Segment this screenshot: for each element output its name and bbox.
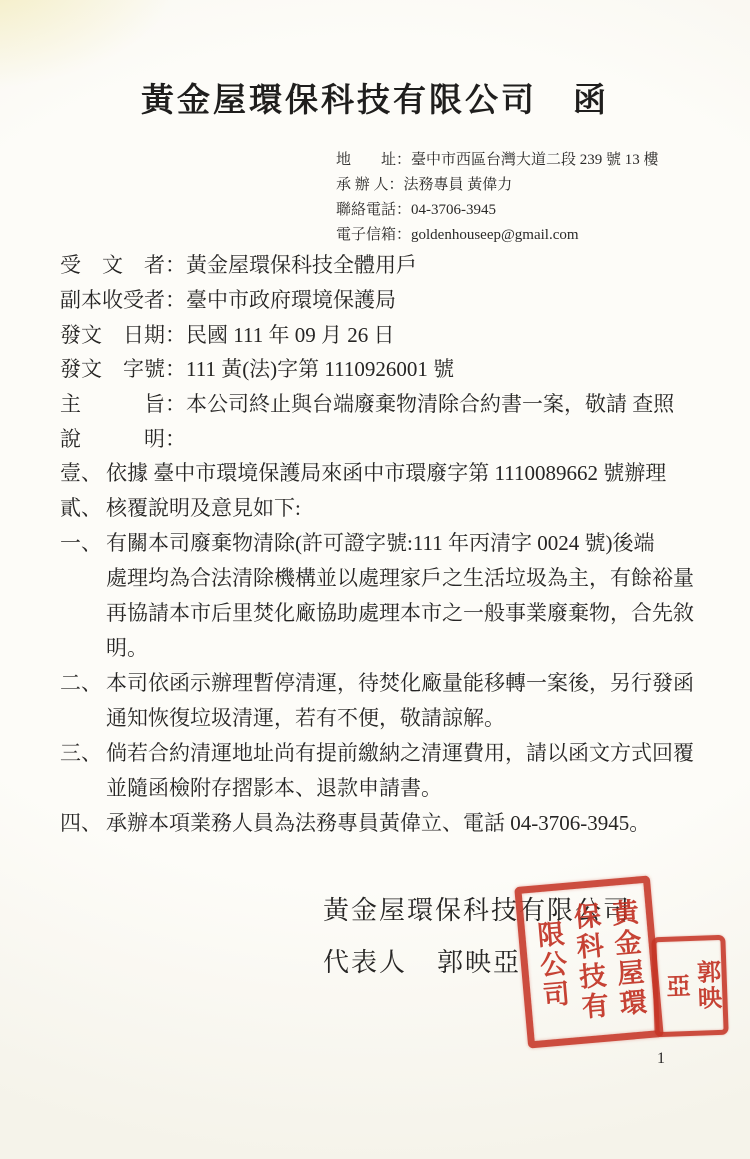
item-er-number: 貳、: [60, 491, 106, 526]
item-yi-number: 壹、: [60, 456, 106, 491]
address-value: 臺中市西區台灣大道二段 239 號 13 樓: [411, 152, 659, 168]
item-er-lines: 核覆說明及意見如下:: [106, 491, 694, 526]
cc-recipient-label: 副本收受者：: [60, 288, 186, 312]
item-4-lines: 承辦本項業務人員為法務專員黃偉立、電話 04-3706-3945。: [106, 806, 694, 841]
subject-row: 主 旨：本公司終止與台端廢棄物清除合約書一案，敬請 查照: [60, 387, 674, 422]
item-3: 三、 倘若合約清運地址尚有提前繳納之清運費用，請以函文方式回覆 並隨函檢附存摺影…: [60, 736, 694, 806]
cc-recipient-value: 臺中市政府環境保護局: [186, 288, 396, 312]
body-items: 壹、 依據 臺中市環境保護局來函中市環廢字第 1110089662 號辦理 貳、…: [60, 456, 694, 841]
reference-number-row: 發文 字號：111 黃(法)字第 1110926001 號: [60, 352, 674, 387]
item-2-lines: 本司依函示辦理暫停清運，待焚化廠量能移轉一案後，另行發函 通知恢復垃圾清運，若有…: [106, 666, 694, 736]
item-4-number: 四、: [60, 806, 106, 841]
company-seal-text: 黃金屋環保科技有限公司: [527, 894, 652, 1029]
company-seal-stamp: 黃金屋環保科技有限公司: [514, 875, 664, 1048]
explanation-row: 說 明：: [60, 422, 674, 457]
reference-number-value: 111 黃(法)字第 1110926001 號: [186, 357, 454, 381]
page-number: 1: [657, 1050, 665, 1068]
letterhead-address-row: 地 址：臺中市西區台灣大道二段 239 號 13 樓: [336, 148, 659, 173]
email-value: goldenhouseep@gmail.com: [411, 227, 579, 243]
recipient-row: 受 文 者：黃金屋環保科技全體用戶: [60, 248, 674, 283]
subject-value: 本公司終止與台端廢棄物清除合約書一案，敬請 查照: [186, 392, 674, 416]
item-line: 通知恢復垃圾清運，若有不便，敬請諒解。: [106, 701, 694, 736]
contact-person-label: 承 辦 人：: [336, 173, 404, 198]
phone-label: 聯絡電話：: [336, 198, 411, 223]
item-yi: 壹、 依據 臺中市環境保護局來函中市環廢字第 1110089662 號辦理: [60, 456, 694, 491]
letterhead-contact-block: 地 址：臺中市西區台灣大道二段 239 號 13 樓 承 辦 人：法務專員 黃偉…: [336, 148, 659, 248]
item-line: 倘若合約清運地址尚有提前繳納之清運費用，請以函文方式回覆: [106, 736, 694, 771]
document-header-fields: 受 文 者：黃金屋環保科技全體用戶 副本收受者：臺中市政府環境保護局 發文 日期…: [60, 248, 674, 457]
item-er: 貳、 核覆說明及意見如下:: [60, 491, 694, 526]
item-line: 本司依函示辦理暫停清運，待焚化廠量能移轉一案後，另行發函: [106, 666, 694, 701]
address-label: 地 址：: [336, 148, 411, 173]
item-2: 二、 本司依函示辦理暫停清運，待焚化廠量能移轉一案後，另行發函 通知恢復垃圾清運…: [60, 666, 694, 736]
explanation-label: 說 明：: [60, 427, 186, 451]
item-line: 有關本司廢棄物清除(許可證字號:111 年丙清字 0024 號)後端: [106, 526, 694, 561]
issue-date-row: 發文 日期：民國 111 年 09 月 26 日: [60, 318, 674, 353]
recipient-label: 受 文 者：: [60, 253, 186, 277]
item-line: 依據 臺中市環境保護局來函中市環廢字第 1110089662 號辦理: [106, 456, 694, 491]
representative-label: 代表人: [323, 948, 407, 977]
representative-name: 郭映亞: [437, 948, 521, 977]
item-4: 四、 承辦本項業務人員為法務專員黃偉立、電話 04-3706-3945。: [60, 806, 694, 841]
item-1-number: 一、: [60, 526, 106, 561]
personal-seal-text: 郭映亞: [658, 956, 722, 1016]
representative-personal-seal-stamp: 郭映亞: [651, 935, 728, 1038]
item-1: 一、 有關本司廢棄物清除(許可證字號:111 年丙清字 0024 號)後端 處理…: [60, 526, 694, 666]
item-yi-lines: 依據 臺中市環境保護局來函中市環廢字第 1110089662 號辦理: [106, 456, 694, 491]
subject-label: 主 旨：: [60, 392, 186, 416]
item-2-number: 二、: [60, 666, 106, 701]
recipient-value: 黃金屋環保科技全體用戶: [186, 253, 417, 277]
letterhead-phone-row: 聯絡電話：04-3706-3945: [336, 198, 659, 223]
issue-date-value: 民國 111 年 09 月 26 日: [186, 323, 394, 347]
letterhead-contact-person-row: 承 辦 人：法務專員 黃偉力: [336, 173, 659, 198]
email-label: 電子信箱：: [336, 223, 411, 248]
item-line: 再協請本市后里焚化廠協助處理本市之一般事業廢棄物，合先敘: [106, 596, 694, 631]
item-line: 處理均為合法清除機構並以處理家戶之生活垃圾為主，有餘裕量: [106, 561, 694, 596]
reference-number-label: 發文 字號：: [60, 357, 186, 381]
item-line: 承辦本項業務人員為法務專員黃偉立、電話 04-3706-3945。: [106, 806, 694, 841]
item-1-lines: 有關本司廢棄物清除(許可證字號:111 年丙清字 0024 號)後端 處理均為合…: [106, 526, 694, 666]
item-line: 核覆說明及意見如下:: [106, 491, 694, 526]
issue-date-label: 發文 日期：: [60, 323, 186, 347]
document-title: 黃金屋環保科技有限公司 函: [0, 74, 750, 121]
item-line: 明。: [106, 631, 694, 666]
scanned-letter-page: 黃金屋環保科技有限公司 函 地 址：臺中市西區台灣大道二段 239 號 13 樓…: [0, 0, 750, 1159]
contact-person-value: 法務專員 黃偉力: [404, 177, 513, 193]
item-3-number: 三、: [60, 736, 106, 771]
phone-value: 04-3706-3945: [411, 202, 496, 218]
item-3-lines: 倘若合約清運地址尚有提前繳納之清運費用，請以函文方式回覆 並隨函檢附存摺影本、退…: [106, 736, 694, 806]
cc-recipient-row: 副本收受者：臺中市政府環境保護局: [60, 283, 674, 318]
letterhead-email-row: 電子信箱：goldenhouseep@gmail.com: [336, 223, 659, 248]
item-line: 並隨函檢附存摺影本、退款申請書。: [106, 771, 694, 806]
